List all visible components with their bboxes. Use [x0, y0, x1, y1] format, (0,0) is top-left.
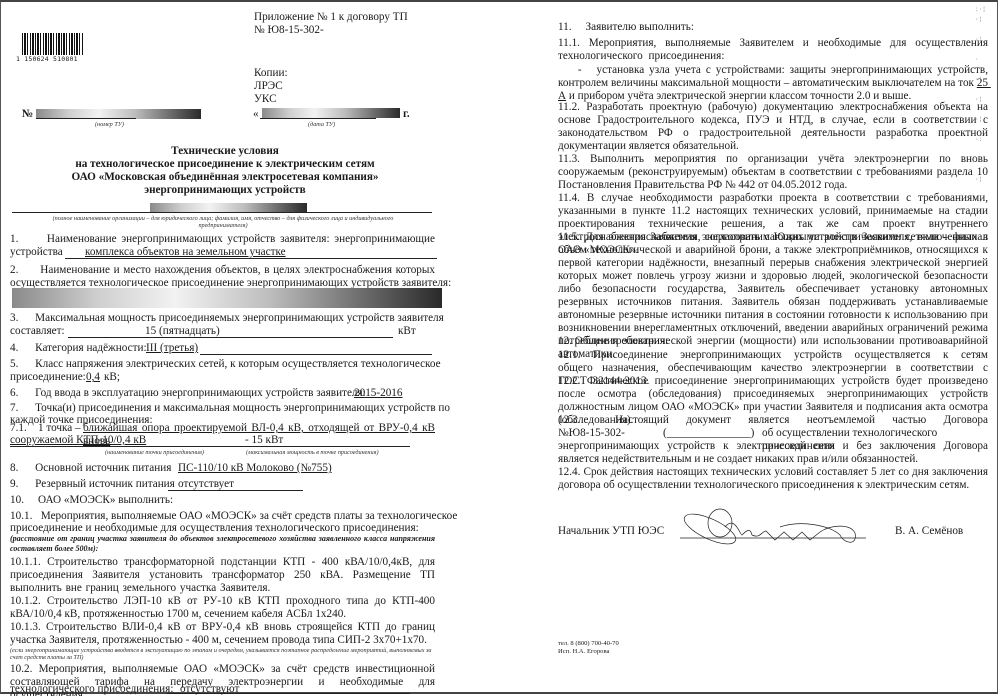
title-line-2: на технологическое присоединение к элект…	[60, 158, 390, 171]
item-1-value: комплекса объектов на земельном участке	[85, 246, 286, 259]
item-10-1-2: 10.1.2. Строительство ЛЭП-10 кВ от РУ-10…	[10, 595, 435, 621]
item-9-label: 9. Резервный источник питания	[10, 478, 175, 491]
item-11-3: 11.3. Выполнить мероприятия по организац…	[558, 153, 988, 192]
signature	[680, 505, 870, 555]
item-7-1-caption-power: (максимальная мощность в точке присоедин…	[246, 449, 379, 456]
item-3-underline	[68, 337, 393, 338]
document-page-2: 11. Заявителю выполнить: 11.1. Мероприят…	[500, 0, 1000, 696]
barcode-number: 1 150624 510801	[16, 55, 78, 63]
item-5-unit: кВ;	[104, 371, 120, 384]
item-11-1: 11.1. Мероприятия, выполняемые Заявителе…	[558, 37, 988, 63]
item-10-label: 10. ОАО «МОЭСК» выполнить:	[10, 494, 173, 507]
copies-label: Копии:	[254, 67, 288, 80]
signer-name: В. А. Семёнов	[895, 525, 963, 538]
item-5-prefix: присоединение:	[10, 371, 86, 384]
title-line-3: ОАО «Московская объединённая электросете…	[40, 171, 410, 184]
copies-item-lres: ЛРЭС	[254, 80, 283, 93]
item-11-2: 11.2. Разработать проектную (рабочую) до…	[558, 101, 988, 153]
executor: Исп. Н.А. Егорова	[558, 648, 609, 656]
item-10-1-note: (расстояние от границ участка заявителя …	[10, 534, 435, 554]
item-10-2-prefix: технологического присоединения:	[10, 683, 173, 696]
item-7-1-underline	[10, 446, 410, 447]
item-10-1-1: 10.1.1. Строительство трансформаторной п…	[10, 556, 435, 595]
document-page-1: 1 150624 510801 Приложение № 1 к договор…	[0, 0, 500, 696]
item-2-line-1: 2. Наименование и место нахождения объек…	[10, 264, 435, 277]
number-underline	[36, 118, 136, 119]
appendix-line-2: № Ю8-15-302-	[254, 24, 324, 37]
item-6-label: 6. Год ввода в эксплуатацию энергоприним…	[10, 387, 366, 400]
org-caption: (полное наименование организации – для ю…	[28, 215, 418, 229]
number-prefix: №	[22, 108, 33, 121]
phone: тел. 8 (800) 700-40-70	[558, 640, 619, 648]
item-5-line-1: 5. Класс напряжения электрических сетей,…	[10, 358, 435, 371]
item-5-value: 0,4	[86, 371, 100, 384]
date-prefix: «	[253, 108, 259, 121]
item-12-3-blank: (_______________)	[663, 427, 754, 440]
title-line-1: Технические условия	[60, 145, 390, 158]
item-3-value: 15 (пятнадцать)	[145, 325, 220, 338]
redacted-org-name	[150, 203, 307, 212]
signer-title: Начальник УТП ЮЭС	[558, 525, 664, 538]
item-11-1-bullet: - установка узла учета с устройствами: з…	[558, 64, 988, 103]
scan-margin-artifacts: :·¦·¦·¦··¦·¦·¦·:··¦·¦	[975, 5, 995, 335]
item-7-1-power: - 15 кВт	[245, 434, 283, 447]
item-12-4: 12.4. Срок действия настоящих технически…	[558, 466, 988, 492]
item-12-3-contract: №Ю8-15-302-	[558, 427, 625, 440]
copies-item-uks: УКС	[254, 93, 277, 106]
date-suffix: г.	[403, 108, 410, 121]
item-1-label: 1. Наименование энергопринимающих устрой…	[10, 233, 435, 246]
item-3-unit: кВт	[398, 325, 416, 338]
item-3-prefix: составляет:	[10, 325, 65, 338]
org-underline	[12, 212, 432, 213]
item-12-3-rest: энергопринимающих устройств к электричес…	[558, 440, 988, 466]
item-11: 11. Заявителю выполнить:	[558, 21, 694, 34]
item-10-1-stage-note: (если энергопринимающие устройства вводя…	[10, 647, 435, 661]
redacted-date	[262, 108, 400, 118]
number-caption: (номер ТУ)	[95, 121, 124, 128]
item-9-value: отсутствует	[178, 478, 234, 491]
item-10-1-3: 10.1.3. Строительство ВЛИ-0,4 кВ от ВРУ-…	[10, 621, 435, 647]
item-11-1-bullet-text: - установка узла учета с устройствами: з…	[558, 64, 991, 89]
date-caption: (дата ТУ)	[308, 121, 335, 128]
item-7-1-caption-point: (наименование точки присоединения)	[105, 449, 204, 456]
item-4-underline	[200, 354, 432, 355]
item-6-value: 2015-2016	[354, 387, 402, 400]
appendix-line-1: Приложение № 1 к договору ТП	[254, 11, 408, 24]
item-12-3-line-1: 12.3. Настоящий документ является неотъе…	[558, 414, 988, 427]
item-12: 12. Общие требования:	[558, 335, 668, 348]
redacted-address	[12, 288, 442, 308]
item-1-prefix: устройства	[10, 246, 63, 259]
item-8-value: ПС-110/10 кВ Молоково (№755)	[178, 462, 332, 475]
barcode	[22, 33, 84, 55]
item-8-label: 8. Основной источник питания	[10, 462, 171, 475]
item-10-2-value: отсутствуют	[180, 683, 239, 696]
item-4-label: 4. Категория надёжности:	[10, 342, 147, 355]
item-4-value: III (третья)	[146, 342, 198, 355]
date-underline	[260, 118, 376, 119]
item-3-line-1: 3. Максимальная мощность присоединяемых …	[10, 312, 435, 325]
title-line-4: энергопринимающих устройств	[60, 184, 390, 197]
